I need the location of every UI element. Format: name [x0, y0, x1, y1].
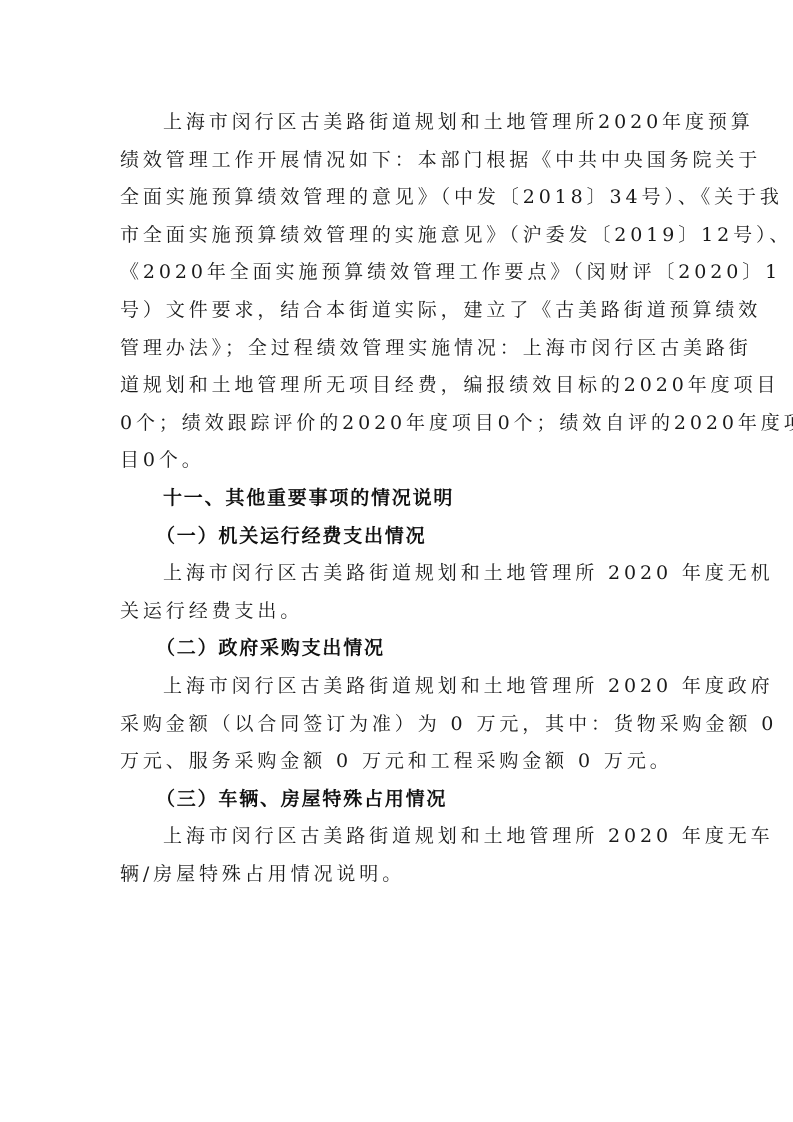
subsection-heading: （一）机关运行经费支出情况	[120, 518, 673, 556]
paragraph-line: 道规划和土地管理所无项目经费，编报绩效目标的2020年度项目	[120, 367, 673, 405]
subsection-vehicle-housing: （三）车辆、房屋特殊占用情况 上海市闵行区古美路街道规划和土地管理所 2020 …	[120, 781, 673, 894]
paragraph-line: 《2020年全面实施预算绩效管理工作要点》（闵财评〔2020〕1	[120, 254, 673, 292]
paragraph-line: 关运行经费支出。	[120, 593, 673, 631]
section-heading: 十一、其他重要事项的情况说明	[120, 480, 673, 518]
paragraph-line: 号）文件要求，结合本街道实际，建立了《古美路街道预算绩效	[120, 292, 673, 330]
paragraph-performance-management: 上海市闵行区古美路街道规划和土地管理所2020年度预算 绩效管理工作开展情况如下…	[120, 104, 673, 480]
paragraph-line: 万元、服务采购金额 0 万元和工程采购金额 0 万元。	[120, 743, 673, 781]
subsection-admin-expenses: （一）机关运行经费支出情况 上海市闵行区古美路街道规划和土地管理所 2020 年…	[120, 518, 673, 631]
subsection-government-procurement: （二）政府采购支出情况 上海市闵行区古美路街道规划和土地管理所 2020 年度政…	[120, 630, 673, 780]
paragraph-line: 辆/房屋特殊占用情况说明。	[120, 856, 673, 894]
paragraph-line: 市全面实施预算绩效管理的实施意见》（沪委发〔2019〕12号）、	[120, 217, 673, 255]
paragraph-line: 上海市闵行区古美路街道规划和土地管理所2020年度预算	[120, 104, 673, 142]
paragraph-line: 全面实施预算绩效管理的意见》（中发〔2018〕34号）、《关于我	[120, 179, 673, 217]
paragraph-line: 绩效管理工作开展情况如下：本部门根据《中共中央国务院关于	[120, 142, 673, 180]
paragraph-line: 上海市闵行区古美路街道规划和土地管理所 2020 年度政府	[120, 668, 673, 706]
paragraph-line: 上海市闵行区古美路街道规划和土地管理所 2020 年度无车	[120, 818, 673, 856]
document-page: 上海市闵行区古美路街道规划和土地管理所2020年度预算 绩效管理工作开展情况如下…	[120, 104, 673, 893]
subsection-heading: （三）车辆、房屋特殊占用情况	[120, 781, 673, 819]
subsection-heading: （二）政府采购支出情况	[120, 630, 673, 668]
paragraph-line: 0个；绩效跟踪评价的2020年度项目0个；绩效自评的2020年度项	[120, 405, 673, 443]
paragraph-line: 目0个。	[120, 442, 673, 480]
paragraph-line: 管理办法》；全过程绩效管理实施情况：上海市闵行区古美路街	[120, 330, 673, 368]
paragraph-line: 上海市闵行区古美路街道规划和土地管理所 2020 年度无机	[120, 555, 673, 593]
paragraph-line: 采购金额（以合同签订为准）为 0 万元，其中：货物采购金额 0	[120, 706, 673, 744]
